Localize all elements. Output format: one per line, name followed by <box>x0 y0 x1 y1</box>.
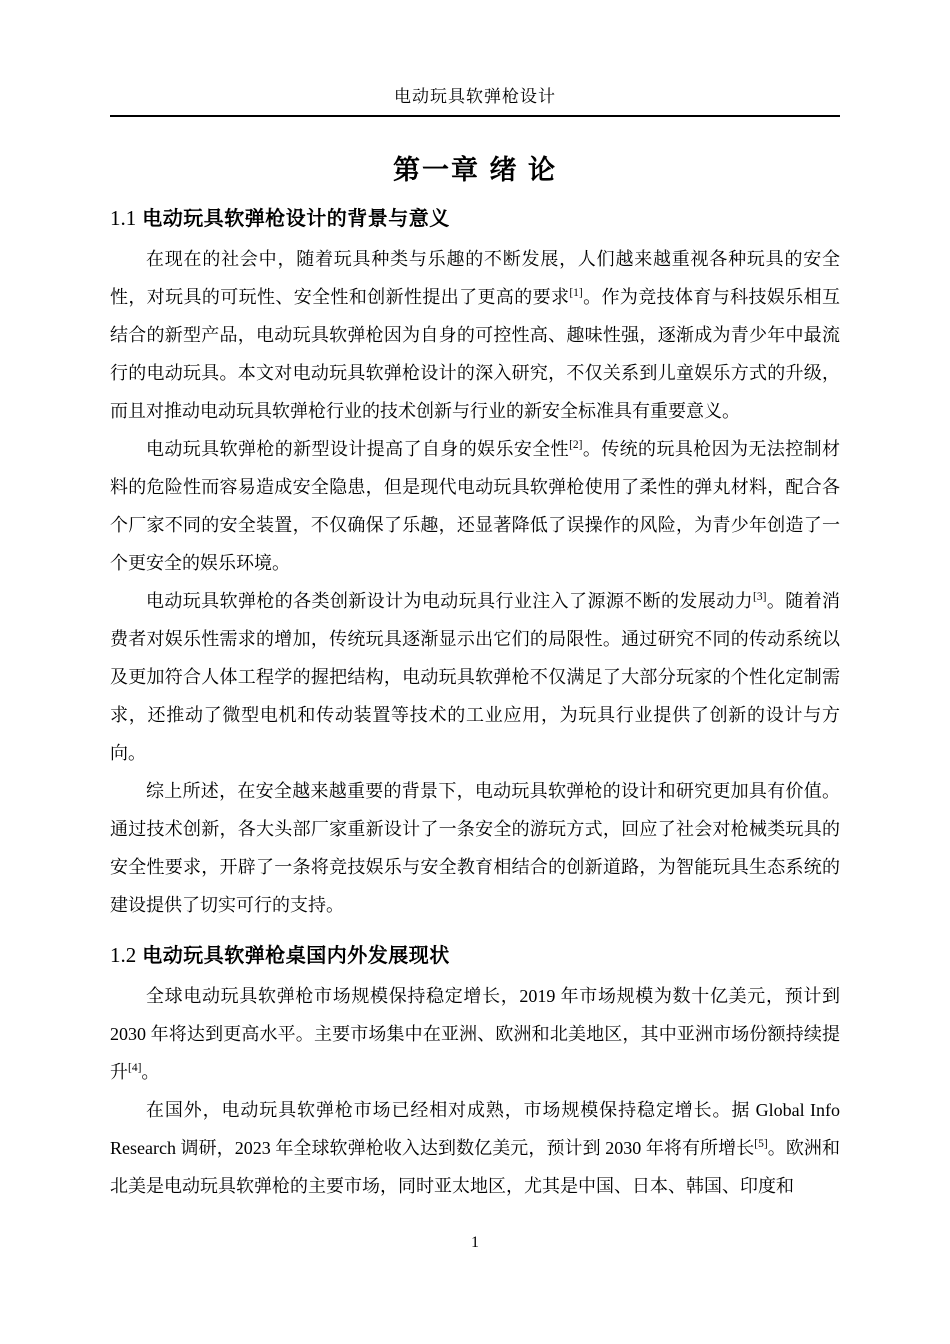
chapter-title: 第一章 绪 论 <box>110 153 840 187</box>
body-paragraph: 电动玩具软弹枪的新型设计提高了自身的娱乐安全性[2]。传统的玩具枪因为无法控制材… <box>110 430 840 582</box>
page-footer: 1 <box>0 1234 950 1252</box>
running-header-title: 电动玩具软弹枪设计 <box>110 86 840 108</box>
header-rule <box>110 115 840 117</box>
body-paragraph: 全球电动玩具软弹枪市场规模保持稳定增长，2019 年市场规模为数十亿美元，预计到… <box>110 977 840 1091</box>
section-title: 电动玩具软弹枪桌国内外发展现状 <box>142 945 450 967</box>
document-page: 电动玩具软弹枪设计 第一章 绪 论 1.1电动玩具软弹枪设计的背景与意义在现在的… <box>0 0 950 1344</box>
body-paragraph: 综上所述，在安全越来越重要的背景下，电动玩具软弹枪的设计和研究更加具有价值。通过… <box>110 772 840 924</box>
section-title: 电动玩具软弹枪设计的背景与意义 <box>142 208 450 230</box>
section-number: 1.2 <box>110 943 136 967</box>
citation-ref: [1] <box>569 287 582 299</box>
citation-ref: [5] <box>754 1138 767 1150</box>
body-paragraph: 在现在的社会中，随着玩具种类与乐趣的不断发展，人们越来越重视各种玩具的安全性，对… <box>110 240 840 430</box>
section-1.2: 1.2电动玩具软弹枪桌国内外发展现状全球电动玩具软弹枪市场规模保持稳定增长，20… <box>110 940 840 1205</box>
citation-ref: [3] <box>753 591 766 603</box>
body-paragraph: 在国外，电动玩具软弹枪市场已经相对成熟，市场规模保持稳定增长。据 Global … <box>110 1091 840 1205</box>
section-number: 1.1 <box>110 206 136 230</box>
document-body: 1.1电动玩具软弹枪设计的背景与意义在现在的社会中，随着玩具种类与乐趣的不断发展… <box>110 203 840 1205</box>
citation-ref: [4] <box>128 1062 141 1074</box>
section-heading: 1.2电动玩具软弹枪桌国内外发展现状 <box>110 940 840 971</box>
citation-ref: [2] <box>569 439 582 451</box>
page-header: 电动玩具软弹枪设计 <box>110 86 840 117</box>
page-number: 1 <box>471 1234 479 1251</box>
body-paragraph: 电动玩具软弹枪的各类创新设计为电动玩具行业注入了源源不断的发展动力[3]。随着消… <box>110 582 840 772</box>
section-1.1: 1.1电动玩具软弹枪设计的背景与意义在现在的社会中，随着玩具种类与乐趣的不断发展… <box>110 203 840 924</box>
section-heading: 1.1电动玩具软弹枪设计的背景与意义 <box>110 203 840 234</box>
